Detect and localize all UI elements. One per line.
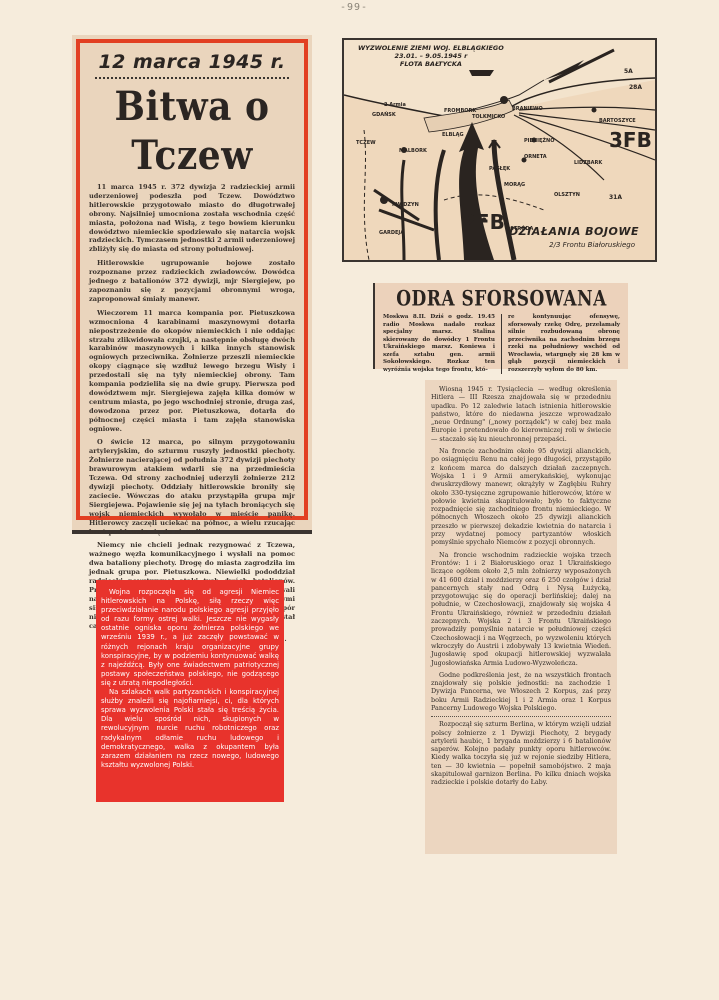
paragraph: Wiosną 1945 r. Tysiąclecia — według okre…	[431, 385, 611, 443]
front-label-2fb: 2FB	[462, 210, 505, 234]
map-clipping: WYZWOLENIE ZIEMI WOJ. ELBLĄGKIEGO 23.01.…	[342, 38, 657, 262]
article-column: re kontynuując ofensywę, sforsowały rzek…	[508, 314, 620, 374]
article-title: ODRA SFORSOWANA	[383, 287, 620, 312]
map-label: GARDEJA	[379, 230, 404, 236]
map-caption: DZIAŁANIA BOJOWE	[509, 225, 639, 238]
map-label: PIENIĘŻNO	[524, 138, 554, 144]
map-label: KWIDZYN	[392, 202, 419, 208]
paragraph: Wieczorem 11 marca kompania por. Pietusz…	[89, 309, 295, 434]
column-divider	[501, 314, 502, 374]
paragraph: 11 marca 1945 r. 372 dywizja 2 radziecki…	[89, 183, 295, 254]
paragraph: Godne podkreślenia jest, że na wszystkic…	[431, 671, 611, 712]
map-label: 31A	[609, 194, 622, 201]
map-label: 28A	[629, 84, 642, 91]
divider	[431, 716, 611, 717]
map-label: 2 Armia	[384, 102, 406, 108]
paragraph: Na froncie zachodnim około 95 dywizji al…	[431, 447, 611, 547]
red-text-box: Wojna rozpoczęła się od agresji Niemiec …	[96, 580, 284, 802]
paragraph: Na szlakach walk partyzanckich i konspir…	[101, 688, 279, 770]
article-date: 12 marca 1945 r.	[95, 51, 289, 79]
article-title: Bitwa o Tczew	[89, 82, 295, 181]
map-label: 5A	[624, 68, 633, 75]
paragraph: Na froncie wschodnim radzieckie wojska t…	[431, 551, 611, 667]
paragraph: Rozpoczął się szturm Berlina, w którym w…	[431, 720, 611, 786]
paragraph: Hitlerowskie ugrupowanie bojowe zostało …	[89, 259, 295, 304]
map-label: BRANIEWO	[512, 106, 543, 112]
map-label: PASŁĘK	[489, 166, 510, 172]
clipping-odra-sforsowana: ODRA SFORSOWANA Moskwa 8.II. Dziś o godz…	[373, 283, 628, 369]
map-label: TOLKMICKO	[472, 114, 505, 120]
map-label: MORĄG	[504, 182, 525, 188]
red-frame: 12 marca 1945 r. Bitwa o Tczew 11 marca …	[76, 39, 308, 520]
map-label: LIDZBARK	[574, 160, 602, 166]
clipping-bitwa-o-tczew: 12 marca 1945 r. Bitwa o Tczew 11 marca …	[72, 35, 312, 534]
map-title: WYZWOLENIE ZIEMI WOJ. ELBLĄGKIEGO 23.01.…	[358, 44, 504, 68]
article-body: Wiosną 1945 r. Tysiąclecia — według okre…	[431, 385, 611, 787]
map-label: BARTOSZYCE	[599, 118, 636, 124]
map-subcaption: 2/3 Frontu Białoruskiego	[549, 241, 635, 249]
map-label: MALBORK	[399, 148, 427, 154]
map-label: TCZEW	[356, 140, 376, 146]
paragraph: Wojna rozpoczęła się od agresji Niemiec …	[101, 588, 279, 688]
article-column: Moskwa 8.II. Dziś o godz. 19.45 radio Mo…	[383, 314, 495, 374]
clipping-wiosna-1945: Wiosną 1945 r. Tysiąclecia — według okre…	[425, 380, 617, 854]
front-label-3fb: 3FB	[609, 128, 652, 152]
page-number: -99-	[340, 2, 368, 13]
map-label: OLSZTYN	[554, 192, 580, 198]
paragraph: O świcie 12 marca, po silnym przygotowan…	[89, 438, 295, 536]
map-label: ELBLĄG	[442, 132, 464, 138]
map-label: GDAŃSK	[372, 112, 396, 118]
map-label: FROMBORK	[444, 108, 476, 114]
map-label: ORNETA	[524, 154, 547, 160]
article-body: 11 marca 1945 r. 372 dywizja 2 radziecki…	[89, 183, 295, 644]
